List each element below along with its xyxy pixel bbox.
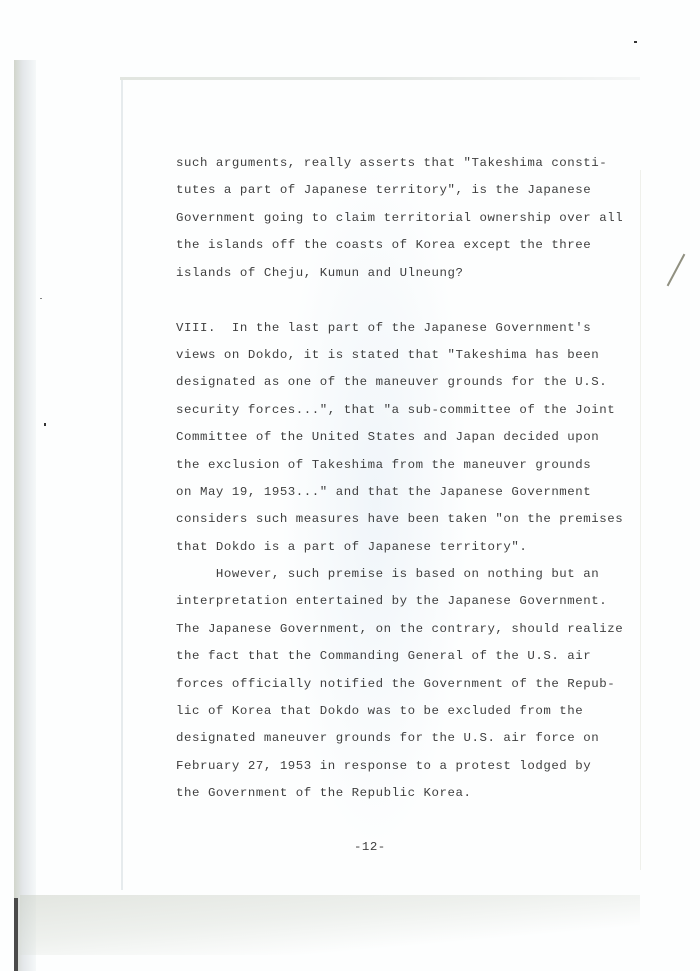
- inner-left-edge: [121, 80, 123, 890]
- text-line: islands of Cheju, Kumun and Ulneung?: [176, 260, 616, 287]
- text-line: designated maneuver grounds for the U.S.…: [176, 725, 616, 752]
- speck-mark: [44, 423, 46, 426]
- text-line: the islands off the coasts of Korea exce…: [176, 232, 616, 259]
- text-line: Government going to claim territorial ow…: [176, 205, 616, 232]
- paragraph-continuation: such arguments, really asserts that "Tak…: [176, 150, 616, 287]
- paragraph-however: However, such premise is based on nothin…: [176, 561, 616, 808]
- text-line: interpretation entertained by the Japane…: [176, 588, 616, 615]
- paragraph-section-viii: VIII. In the last part of the Japanese G…: [176, 315, 616, 562]
- bottom-fold-shadow: [20, 895, 640, 955]
- paragraph-gap: [176, 287, 616, 315]
- page-left-edge-shadow: [14, 60, 36, 971]
- text-line: However, such premise is based on nothin…: [176, 561, 616, 588]
- page-left-edge-dark: [14, 898, 18, 971]
- text-line: February 27, 1953 in response to a prote…: [176, 753, 616, 780]
- text-line: lic of Korea that Dokdo was to be exclud…: [176, 698, 616, 725]
- page-number: -12-: [354, 840, 386, 854]
- text-line: VIII. In the last part of the Japanese G…: [176, 315, 616, 342]
- text-line: designated as one of the maneuver ground…: [176, 369, 616, 396]
- text-line: on May 19, 1953..." and that the Japanes…: [176, 479, 616, 506]
- text-line: security forces...", that "a sub-committ…: [176, 397, 616, 424]
- text-line: The Japanese Government, on the contrary…: [176, 616, 616, 643]
- text-line: such arguments, really asserts that "Tak…: [176, 150, 616, 177]
- text-line: considers such measures have been taken …: [176, 506, 616, 533]
- text-line: forces officially notified the Governmen…: [176, 671, 616, 698]
- text-line: that Dokdo is a part of Japanese territo…: [176, 534, 616, 561]
- speck-mark: [40, 298, 42, 299]
- speck-mark: [634, 41, 637, 43]
- top-fold-line: [120, 77, 640, 80]
- text-line: tutes a part of Japanese territory", is …: [176, 177, 616, 204]
- text-line: the exclusion of Takeshima from the mane…: [176, 452, 616, 479]
- text-line: the Government of the Republic Korea.: [176, 780, 616, 807]
- inner-right-edge: [640, 170, 641, 870]
- text-line: the fact that the Commanding General of …: [176, 643, 616, 670]
- text-line: Committee of the United States and Japan…: [176, 424, 616, 451]
- document-body: such arguments, really asserts that "Tak…: [176, 150, 616, 808]
- text-line: views on Dokdo, it is stated that "Takes…: [176, 342, 616, 369]
